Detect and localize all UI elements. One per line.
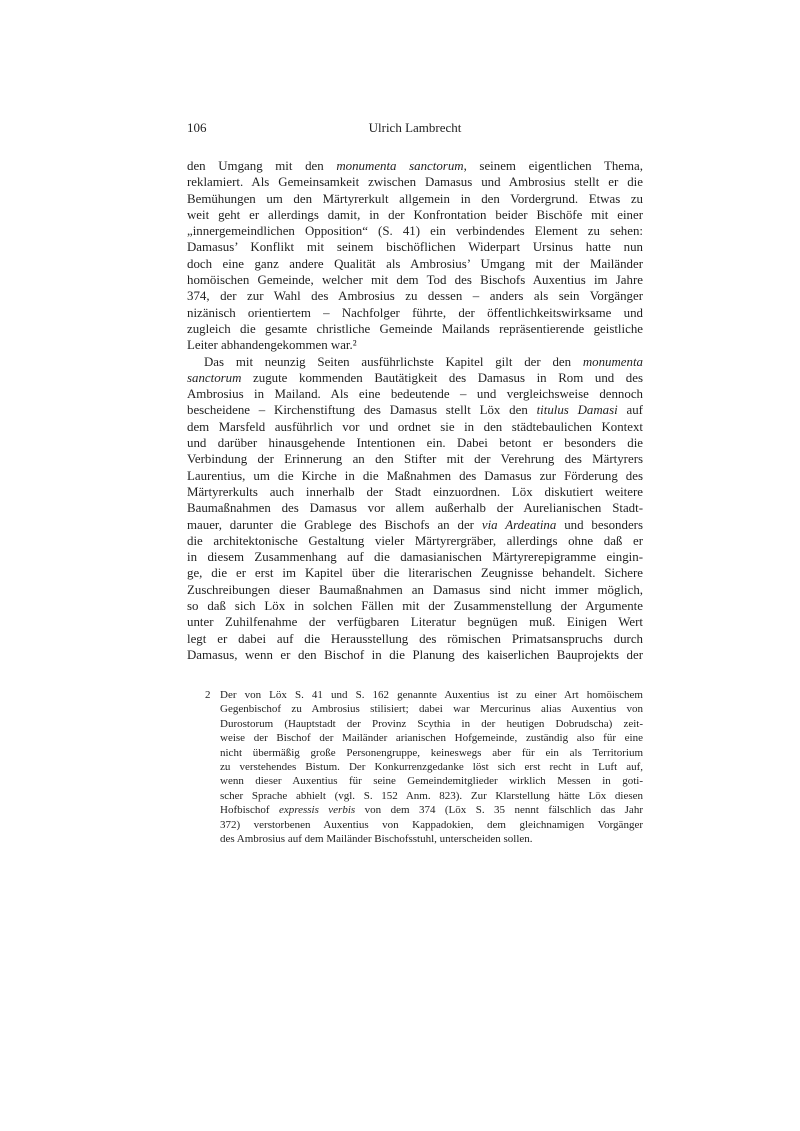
text-line: so daß sich Löx in solchen Fällen mit de… — [187, 598, 643, 614]
footnote-line: zu verstehendes Bistum. Der Konkurrenzge… — [220, 760, 643, 774]
text-line: Zuschreibungen dieser Baumaßnahmen an Da… — [187, 582, 643, 598]
text-line: Das mit neunzig Seiten ausführlichste Ka… — [187, 354, 643, 370]
text-line: die architektonische Gestaltung vieler M… — [187, 533, 643, 549]
body-text: den Umgang mit den monumenta sanctorum, … — [187, 158, 643, 663]
text-line: den Umgang mit den monumenta sanctorum, … — [187, 158, 643, 174]
footnote-line: Hofbischof expressis verbis von dem 374 … — [220, 803, 643, 817]
text-line: zugleich die gesamte christliche Gemeind… — [187, 321, 643, 337]
text-line: nizänisch orientiertem – Nachfolger führ… — [187, 305, 643, 321]
book-page: 106 Ulrich Lambrecht den Umgang mit den … — [0, 0, 800, 1131]
footnote-line: Durostorum (Hauptstadt der Provinz Scyth… — [220, 717, 643, 731]
running-header: Ulrich Lambrecht — [187, 120, 643, 135]
text-line: 374, der zur Wahl des Ambrosius zu desse… — [187, 288, 643, 304]
text-line: Verbindung der Erinnerung an den Stifter… — [187, 451, 643, 467]
text-line: doch eine ganz andere Qualität als Ambro… — [187, 256, 643, 272]
page-header: 106 Ulrich Lambrecht — [187, 120, 643, 135]
footnote-text: Der von Löx S. 41 und S. 162 genannte Au… — [220, 688, 643, 846]
text-line: homöischen Gemeinde, welcher mit dem Tod… — [187, 272, 643, 288]
text-line: „innergemeindlichen Opposition“ (S. 41) … — [187, 223, 643, 239]
page-number: 106 — [187, 120, 207, 135]
text-line: und darüber hinausgehende Intentionen ei… — [187, 435, 643, 451]
footnote-marker: 2 — [205, 688, 211, 702]
text-line: dem Marsfeld ausführlich vor und ordnet … — [187, 419, 643, 435]
text-line: unter Zuhilfenahme der verfügbaren Liter… — [187, 614, 643, 630]
footnote-line: scher Sprache abhielt (vgl. S. 152 Anm. … — [220, 789, 643, 803]
text-line: Damasus’ Konflikt mit seinem bischöflich… — [187, 239, 643, 255]
text-line: sanctorum zugute kommenden Bautätigkeit … — [187, 370, 643, 386]
text-line: mauer, darunter die Grablege des Bischof… — [187, 517, 643, 533]
text-line: weit geht er allerdings damit, in der Ko… — [187, 207, 643, 223]
footnote-line: wenn dieser Auxentius für seine Gemeinde… — [220, 774, 643, 788]
text-line: Bemühungen um den Märtyrerkult allgemein… — [187, 191, 643, 207]
footnote-line: Der von Löx S. 41 und S. 162 genannte Au… — [220, 688, 643, 702]
footnote-line: 372) verstorbenen Auxentius von Kappadok… — [220, 818, 643, 832]
text-line: in diesem Zusammenhang auf die damasiani… — [187, 549, 643, 565]
text-line: Baumaßnahmen des Damasus vor allem außer… — [187, 500, 643, 516]
text-line: Ambrosius in Mailand. Als eine bedeutend… — [187, 386, 643, 402]
footnote-line: Gegenbischof zu Ambrosius stilisiert; da… — [220, 702, 643, 716]
text-line: legt er dabei auf die Herausstellung des… — [187, 631, 643, 647]
text-line: reklamiert. Als Gemeinsamkeit zwischen D… — [187, 174, 643, 190]
footnote-line: nicht übermäßig große Personengruppe, ke… — [220, 746, 643, 760]
text-line: Laurentius, um die Kirche in die Maßnahm… — [187, 468, 643, 484]
text-line: Märtyrerkults auch innerhalb der Stadt e… — [187, 484, 643, 500]
text-line: Damasus, wenn er den Bischof in die Plan… — [187, 647, 643, 663]
footnote-line: weise der Bischof der Mailänder arianisc… — [220, 731, 643, 745]
text-line: ge, die er erst im Kapitel über die lite… — [187, 565, 643, 581]
footnote-line: des Ambrosius auf dem Mailänder Bischofs… — [220, 832, 643, 846]
footnote: 2 Der von Löx S. 41 und S. 162 genannte … — [187, 688, 643, 846]
text-line: Leiter abhandengekommen war.² — [187, 337, 643, 353]
text-line: bescheidene – Kirchenstiftung des Damasu… — [187, 402, 643, 418]
